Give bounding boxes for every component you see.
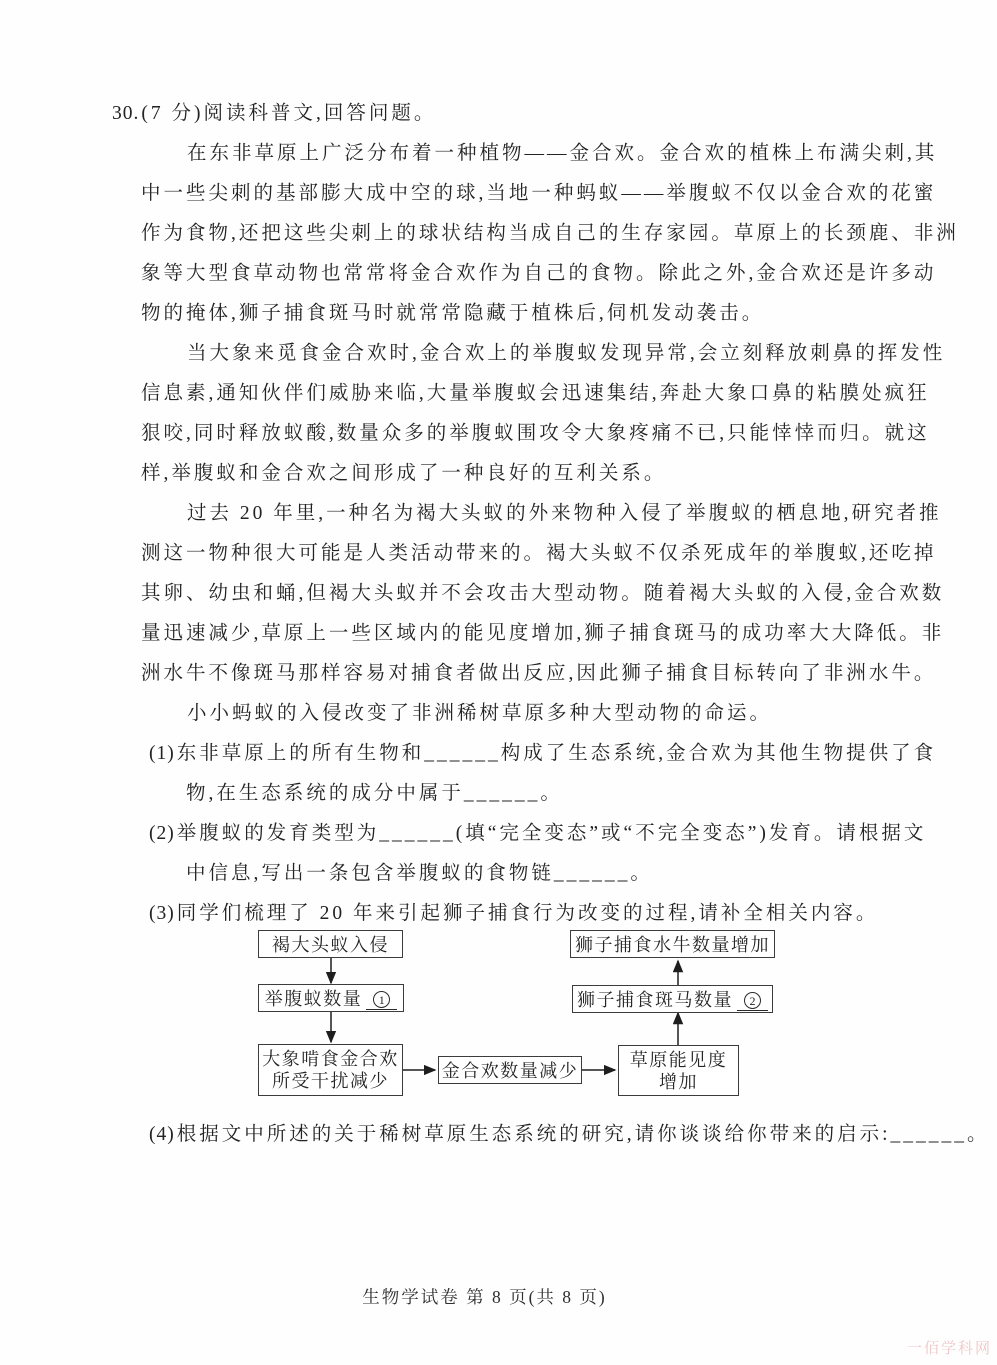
flow-box-visibility-line2: 增加: [659, 1071, 698, 1093]
passage-line: 当大象来觅食金合欢时,金合欢上的举腹蚁发现异常,会立刻释放刺鼻的挥发性: [0, 334, 997, 374]
subquestion-1-line-1: (1)东非草原上的所有生物和______构成了生态系统,金合欢为其他生物提供了食: [0, 734, 997, 774]
subquestion-2-line-1: (2)举腹蚁的发育类型为______(填“完全变态”或“不完全变态”)发育。请根…: [0, 814, 997, 854]
flow-box-buffalo-predation: 狮子捕食水牛数量增加: [570, 930, 775, 958]
circled-number-1: 1: [373, 991, 390, 1008]
subquestion-2-marker: (2): [149, 823, 175, 844]
flow-box-buffalo-label: 狮子捕食水牛数量增加: [575, 931, 770, 957]
flow-box-zebra-predation: 狮子捕食斑马数量2: [572, 985, 773, 1013]
passage-line: 中一些尖刺的基部膨大成中空的球,当地一种蚂蚁——举腹蚁不仅以金合欢的花蜜: [0, 174, 997, 214]
passage-line: 信息素,通知伙伴们威胁来临,大量举腹蚁会迅速集结,奔赴大象口鼻的粘膜处疯狂: [0, 374, 997, 414]
flow-box-acacia-decrease: 金合欢数量减少: [438, 1056, 582, 1084]
subquestion-2-text: 举腹蚁的发育类型为______(填“完全变态”或“不完全变态”)发育。请根据文: [177, 823, 927, 844]
flow-box-visibility: 草原能见度 增加: [618, 1045, 739, 1096]
passage-line: 测这一物种很大可能是人类活动带来的。褐大头蚁不仅杀死成年的举腹蚁,还吃掉: [0, 534, 997, 574]
question-number: 30.: [112, 103, 139, 124]
passage-line: 过去 20 年里,一种名为褐大头蚁的外来物种入侵了举腹蚁的栖息地,研究者推: [0, 494, 997, 534]
passage-line: 狠咬,同时释放蚁酸,数量众多的举腹蚁围攻令大象疼痛不已,只能悻悻而归。就这: [0, 414, 997, 454]
subquestion-3-marker: (3): [149, 903, 175, 924]
passage-line: 小小蚂蚁的入侵改变了非洲稀树草原多种大型动物的命运。: [0, 694, 997, 734]
subquestion-4-block: (4)根据文中所述的关于稀树草原生态系统的研究,请你谈谈给你带来的启示:____…: [0, 1115, 997, 1155]
circled-number-2: 2: [744, 992, 761, 1009]
passage-line: 洲水牛不像斑马那样容易对捕食者做出反应,因此狮子捕食目标转向了非洲水牛。: [0, 654, 997, 694]
page-footer: 生物学试卷 第 8 页(共 8 页): [0, 1284, 997, 1309]
subquestion-4-marker: (4): [149, 1124, 175, 1145]
passage-line: 象等大型食草动物也常常将金合欢作为自己的食物。除此之外,金合欢还是许多动: [0, 254, 997, 294]
lion-predation-flowchart: 褐大头蚁入侵 举腹蚁数量1 大象啃食金合欢 所受干扰减少 金合欢数量减少 草原能…: [180, 925, 820, 1110]
blank-answer-2: 2: [737, 988, 768, 1011]
flow-box-elephant-line2: 所受干扰减少: [272, 1070, 389, 1092]
subquestion-1-line-2: 物,在生态系统的成分中属于______。: [0, 774, 997, 814]
flow-box-ant-quantity: 举腹蚁数量1: [258, 984, 404, 1012]
subquestion-4-text: 根据文中所述的关于稀树草原生态系统的研究,请你谈谈给你带来的启示:______。: [177, 1124, 990, 1145]
exam-page: 30.(7 分)阅读科普文,回答问题。 在东非草原上广泛分布着一种植物——金合欢…: [0, 0, 997, 1365]
passage-line: 量迅速减少,草原上一些区域内的能见度增加,狮子捕食斑马的成功率大大降低。非: [0, 614, 997, 654]
subquestion-2-line-2: 中信息,写出一条包含举腹蚁的食物链______。: [0, 854, 997, 894]
flow-box-elephant-disturbance: 大象啃食金合欢 所受干扰减少: [258, 1044, 403, 1096]
watermark: 一佰学科网: [907, 1337, 992, 1358]
flow-box-visibility-line1: 草原能见度: [630, 1049, 728, 1071]
flow-box-ant-quantity-label: 举腹蚁数量: [265, 985, 363, 1011]
passage-line: 其卵、幼虫和蛹,但褐大头蚁并不会攻击大型动物。随着褐大头蚁的入侵,金合欢数: [0, 574, 997, 614]
subquestion-1-text: 东非草原上的所有生物和______构成了生态系统,金合欢为其他生物提供了食: [177, 743, 936, 764]
passage-line: 物的掩体,狮子捕食斑马时就常常隐藏于植株后,伺机发动袭击。: [0, 294, 997, 334]
question-header: 30.(7 分)阅读科普文,回答问题。: [0, 94, 997, 134]
flow-box-invasion-label: 褐大头蚁入侵: [272, 931, 389, 957]
flow-box-elephant-line1: 大象啃食金合欢: [262, 1048, 399, 1070]
question-block: 30.(7 分)阅读科普文,回答问题。 在东非草原上广泛分布着一种植物——金合欢…: [0, 94, 997, 934]
flow-box-acacia-label: 金合欢数量减少: [442, 1057, 579, 1083]
passage-line: 在东非草原上广泛分布着一种植物——金合欢。金合欢的植株上布满尖刺,其: [0, 134, 997, 174]
subquestion-3-text: 同学们梳理了 20 年来引起狮子捕食行为改变的过程,请补全相关内容。: [177, 903, 879, 924]
passage-line: 作为食物,还把这些尖刺上的球状结构当成自己的生存家园。草原上的长颈鹿、非洲: [0, 214, 997, 254]
blank-answer-1: 1: [366, 987, 397, 1010]
passage-line: 样,举腹蚁和金合欢之间形成了一种良好的互利关系。: [0, 454, 997, 494]
flow-box-zebra-label: 狮子捕食斑马数量: [577, 986, 733, 1012]
question-intro: (7 分)阅读科普文,回答问题。: [141, 103, 436, 124]
subquestion-4-line-1: (4)根据文中所述的关于稀树草原生态系统的研究,请你谈谈给你带来的启示:____…: [0, 1115, 997, 1155]
subquestion-1-marker: (1): [149, 743, 175, 764]
flow-box-invasion: 褐大头蚁入侵: [258, 930, 403, 958]
